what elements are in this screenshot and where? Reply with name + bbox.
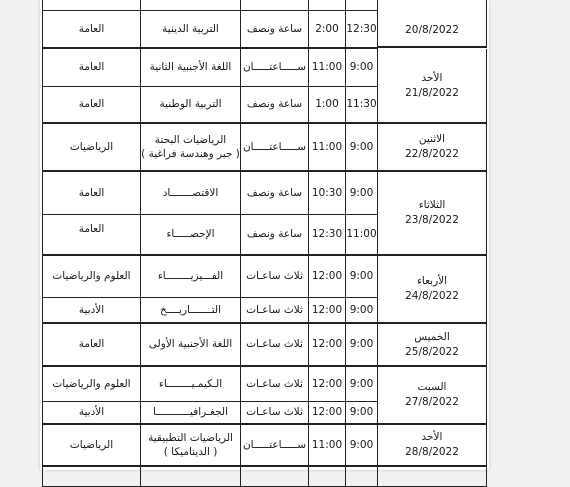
subject-label: الإحصـــــاء — [166, 227, 214, 242]
day-date: 22/8/2022 — [405, 147, 459, 162]
subject-cell: الفـــيزيــــــــاء — [141, 256, 241, 298]
subject-label: الرياضيات البحتة — [155, 133, 226, 147]
subject-cell: الاقتصـــــــاد — [141, 172, 241, 215]
subject-label: التربية الوطنية — [160, 97, 222, 112]
duration-cell — [241, 0, 309, 11]
subject-cell: الرياضيات التطبيقية ( الديناميكا ) — [141, 425, 241, 467]
track-cell: الأدبية — [42, 402, 141, 425]
subject-cell: اللغة الأجنبية الثانية — [141, 49, 241, 87]
end-time-cell: 12:00 — [309, 256, 346, 298]
day-date: 25/8/2022 — [405, 345, 459, 360]
subject-label: الاقتصـــــــاد — [163, 186, 219, 201]
track-cell: العامة — [42, 215, 141, 256]
day-date: 28/8/2022 — [405, 445, 459, 460]
end-time-cell: 11:00 — [309, 49, 346, 87]
start-time-cell: 9:00 — [346, 402, 378, 425]
duration-cell: ساعة ونصف — [241, 11, 309, 49]
end-time-cell: 11:00 — [309, 124, 346, 172]
duration-label: ســـــاعتـــــان — [243, 438, 306, 453]
start-time-cell: 9:00 — [346, 298, 378, 324]
duration-cell: ســـــاعتـــــان — [241, 425, 309, 467]
day-date: 27/8/2022 — [405, 395, 459, 410]
end-time-cell — [309, 0, 346, 11]
start-time: 12:30 — [346, 22, 376, 37]
subject-label: اللغة الأجنبية الأولى — [149, 337, 232, 352]
subject-label: اللغة الأجنبية الثانية — [150, 60, 232, 75]
exam-schedule-table: السبت 20/8/2022 العامة التربية الدينية س… — [42, 0, 487, 470]
track-cell: العامة — [42, 49, 141, 87]
duration-cell: ساعة ونصف — [241, 172, 309, 215]
day-cell: السبت 20/8/2022 — [378, 0, 487, 48]
day-cell: الأحد 28/8/2022 — [378, 425, 487, 467]
subject-label: الفـــيزيــــــــاء — [158, 269, 223, 284]
day-name: الثلاثاء — [419, 198, 446, 213]
start-time-cell: 9:00 — [346, 124, 378, 172]
duration-label: ثلاث ساعـات — [246, 337, 303, 352]
duration-label: ثلاث ساعـات — [246, 405, 303, 420]
start-time-cell: 12:30 — [346, 11, 378, 49]
subject-detail: ( جبر وهندسة فراغية ) — [141, 147, 240, 161]
start-time: 9:00 — [350, 186, 374, 201]
duration-cell: ثلاث ساعـات — [241, 402, 309, 425]
end-time: 12:30 — [312, 227, 342, 242]
start-time: 9:00 — [350, 60, 374, 75]
start-time-cell: 9:00 — [346, 367, 378, 402]
day-cell: السبت 27/8/2022 — [378, 367, 487, 425]
end-time-cell: 12:00 — [309, 367, 346, 402]
duration-label: ثلاث ساعـات — [246, 269, 303, 284]
start-time-cell: 11:30 — [346, 87, 378, 124]
end-time: 11:00 — [312, 60, 342, 75]
start-time: 9:00 — [350, 303, 374, 318]
duration-cell: ساعة ونصف — [241, 215, 309, 256]
subject-label: الجغـرافيـــــــــــا — [153, 405, 228, 420]
day-date: 24/8/2022 — [405, 289, 459, 304]
end-time-cell: 1:00 — [309, 87, 346, 124]
subject-cell: الرياضيات البحتة ( جبر وهندسة فراغية ) — [141, 124, 241, 172]
start-time: 11:30 — [346, 97, 376, 112]
end-time: 12:00 — [312, 337, 342, 352]
track-label: العلوم والرياضيات — [52, 377, 130, 392]
end-time: 2:00 — [315, 22, 339, 37]
duration-label: ساعة ونصف — [247, 22, 302, 37]
day-cell: الخميس 25/8/2022 — [378, 324, 487, 367]
day-name: الاثنين — [419, 132, 445, 147]
track-label: الأدبية — [79, 405, 104, 420]
end-time-cell: 12:30 — [309, 215, 346, 256]
track-label: العلوم والرياضيات — [52, 269, 130, 284]
start-time-cell: 9:00 — [346, 49, 378, 87]
start-time: 11:00 — [346, 227, 376, 242]
end-time: 12:00 — [312, 303, 342, 318]
subject-cell — [141, 0, 241, 11]
track-label: العامة — [79, 60, 105, 75]
end-time-cell: 10:30 — [309, 172, 346, 215]
start-time-cell: 9:00 — [346, 172, 378, 215]
day-name: الأحد — [422, 430, 443, 445]
track-cell — [42, 0, 141, 11]
day-name: الخميس — [414, 330, 450, 345]
day-name: السبت — [418, 380, 447, 395]
track-cell: الرياضيات — [42, 425, 141, 467]
end-time: 11:00 — [312, 140, 342, 155]
end-time: 12:00 — [312, 405, 342, 420]
subject-label: الرياضيات التطبيقية — [148, 431, 233, 445]
subject-detail: ( الديناميكا ) — [164, 445, 218, 459]
start-time: 9:00 — [350, 337, 374, 352]
day-date: 20/8/2022 — [405, 23, 459, 38]
subject-label: التربية الدينية — [162, 22, 219, 37]
duration-label: ســـــاعتـــــان — [243, 60, 306, 75]
track-label: العامة — [79, 222, 105, 237]
duration-cell: ثلاث ساعـات — [241, 256, 309, 298]
day-cell: الثلاثاء 23/8/2022 — [378, 172, 487, 256]
duration-cell: ثلاث ساعـات — [241, 324, 309, 367]
start-time-cell: 9:00 — [346, 425, 378, 467]
end-time-cell: 12:00 — [309, 324, 346, 367]
end-time: 12:00 — [312, 377, 342, 392]
day-cell: الاثنين 22/8/2022 — [378, 124, 487, 172]
start-time-cell: 9:00 — [346, 256, 378, 298]
duration-label: ســـــاعتـــــان — [243, 140, 306, 155]
duration-label: ساعة ونصف — [247, 227, 302, 242]
track-label: الرياضيات — [70, 438, 113, 453]
end-time-cell: 12:00 — [309, 402, 346, 425]
end-time: 10:30 — [312, 186, 342, 201]
subject-cell: التـــــــاريــــخ — [141, 298, 241, 324]
start-time-cell: 11:00 — [346, 215, 378, 256]
subject-label: التـــــــاريــــخ — [160, 303, 221, 318]
duration-label: ساعة ونصف — [247, 186, 302, 201]
day-name: الأربعاء — [417, 274, 447, 289]
start-time: 9:00 — [350, 438, 374, 453]
track-cell: العامة — [42, 324, 141, 367]
start-time: 9:00 — [350, 377, 374, 392]
end-time: 11:00 — [312, 438, 342, 453]
start-time: 9:00 — [350, 405, 374, 420]
day-date: 21/8/2022 — [405, 86, 459, 101]
day-name: الأحد — [422, 71, 443, 86]
track-label: العامة — [79, 186, 105, 201]
duration-cell: ســـــاعتـــــان — [241, 124, 309, 172]
track-cell: الأدبية — [42, 298, 141, 324]
start-time: 9:00 — [350, 269, 374, 284]
end-time-cell: 2:00 — [309, 11, 346, 49]
day-date: 23/8/2022 — [405, 213, 459, 228]
start-time-cell: 9:00 — [346, 324, 378, 367]
duration-label: ثلاث ساعـات — [246, 303, 303, 318]
duration-cell: ثلاث ساعـات — [241, 367, 309, 402]
start-time: 9:00 — [350, 140, 374, 155]
subject-cell: التربية الوطنية — [141, 87, 241, 124]
subject-cell: الإحصـــــاء — [141, 215, 241, 256]
duration-cell: ســـــاعتـــــان — [241, 49, 309, 87]
track-cell: العلوم والرياضيات — [42, 367, 141, 402]
end-time: 12:00 — [312, 269, 342, 284]
track-label: الرياضيات — [70, 140, 113, 155]
track-cell: الرياضيات — [42, 124, 141, 172]
duration-label: ساعة ونصف — [247, 97, 302, 112]
subject-cell: الـكيمـيــــــــاء — [141, 367, 241, 402]
track-cell: العامة — [42, 172, 141, 215]
track-label: العامة — [79, 97, 105, 112]
track-label: العامة — [79, 22, 105, 37]
duration-cell: ساعة ونصف — [241, 87, 309, 124]
track-label: العامة — [79, 337, 105, 352]
track-cell: العلوم والرياضيات — [42, 256, 141, 298]
day-cell: الأربعاء 24/8/2022 — [378, 256, 487, 324]
duration-label: ثلاث ساعـات — [246, 377, 303, 392]
day-cell: الأحد 21/8/2022 — [378, 49, 487, 124]
end-time-cell: 11:00 — [309, 425, 346, 467]
start-time-cell — [346, 0, 378, 11]
subject-cell: اللغة الأجنبية الأولى — [141, 324, 241, 367]
track-label: الأدبية — [79, 303, 104, 318]
subject-cell: الجغـرافيـــــــــــا — [141, 402, 241, 425]
track-cell: العامة — [42, 87, 141, 124]
end-time: 1:00 — [315, 97, 339, 112]
track-cell: العامة — [42, 11, 141, 49]
end-time-cell: 12:00 — [309, 298, 346, 324]
subject-cell: التربية الدينية — [141, 11, 241, 49]
duration-cell: ثلاث ساعـات — [241, 298, 309, 324]
subject-label: الـكيمـيــــــــاء — [159, 377, 222, 392]
